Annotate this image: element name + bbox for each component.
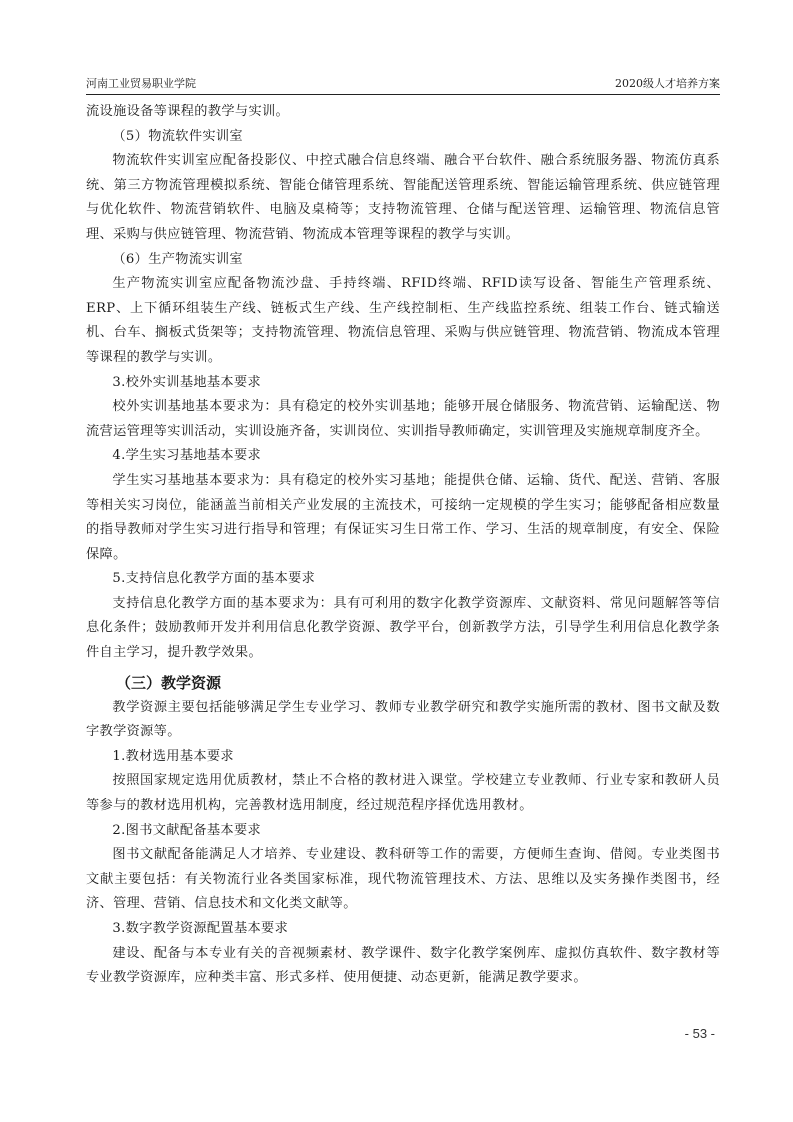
textbook-paragraph: 按照国家规定选用优质教材，禁止不合格的教材进入课堂。学校建立专业教师、行业专家和… xyxy=(86,769,720,818)
it-support-heading: 5.支持信息化教学方面的基本要求 xyxy=(86,567,720,592)
offcampus-base-paragraph: 校外实训基地基本要求为：具有稳定的校外实训基地；能够开展仓储服务、物流营销、运输… xyxy=(86,395,720,444)
page-header: 河南工业贸易职业学院 2020级人才培养方案 xyxy=(86,74,720,94)
production-lab-heading: （6）生产物流实训室 xyxy=(86,248,720,273)
software-lab-paragraph: 物流软件实训室应配备投影仪、中控式融合信息终端、融合平台软件、融合系统服务器、物… xyxy=(86,149,720,247)
it-support-paragraph: 支持信息化教学方面的基本要求为：具有可利用的数字化教学资源库、文献资料、常见问题… xyxy=(86,592,720,666)
digital-resources-paragraph: 建设、配备与本专业有关的音视频素材、教学课件、数字化教学案例库、虚拟仿真软件、数… xyxy=(86,942,720,991)
header-divider xyxy=(86,94,720,95)
page-number: - 53 - xyxy=(685,1026,715,1041)
internship-base-paragraph: 学生实习基地基本要求为：具有稳定的校外实习基地；能提供仓储、运输、货代、配送、营… xyxy=(86,469,720,567)
page-body: 流设施设备等课程的教学与实训。 （5）物流软件实训室 物流软件实训室应配备投影仪… xyxy=(86,100,720,991)
internship-base-heading: 4.学生实习基地基本要求 xyxy=(86,444,720,469)
library-heading: 2.图书文献配备基本要求 xyxy=(86,819,720,844)
textbook-heading: 1.教材选用基本要求 xyxy=(86,745,720,770)
teaching-resources-heading: （三）教学资源 xyxy=(86,670,720,696)
software-lab-heading: （5）物流软件实训室 xyxy=(86,125,720,150)
teaching-resources-intro: 教学资源主要包括能够满足学生专业学习、教师专业教学研究和教学实施所需的教材、图书… xyxy=(86,696,720,745)
institution-name: 河南工业贸易职业学院 xyxy=(86,74,196,94)
document-title: 2020级人才培养方案 xyxy=(615,74,720,94)
production-lab-paragraph: 生产物流实训室应配备物流沙盘、手持终端、RFID终端、RFID读写设备、智能生产… xyxy=(86,272,720,370)
library-paragraph: 图书文献配备能满足人才培养、专业建设、教科研等工作的需要，方便师生查询、借阅。专… xyxy=(86,843,720,917)
continuation-paragraph: 流设施设备等课程的教学与实训。 xyxy=(86,100,720,125)
offcampus-base-heading: 3.校外实训基地基本要求 xyxy=(86,371,720,396)
digital-resources-heading: 3.数字教学资源配置基本要求 xyxy=(86,917,720,942)
